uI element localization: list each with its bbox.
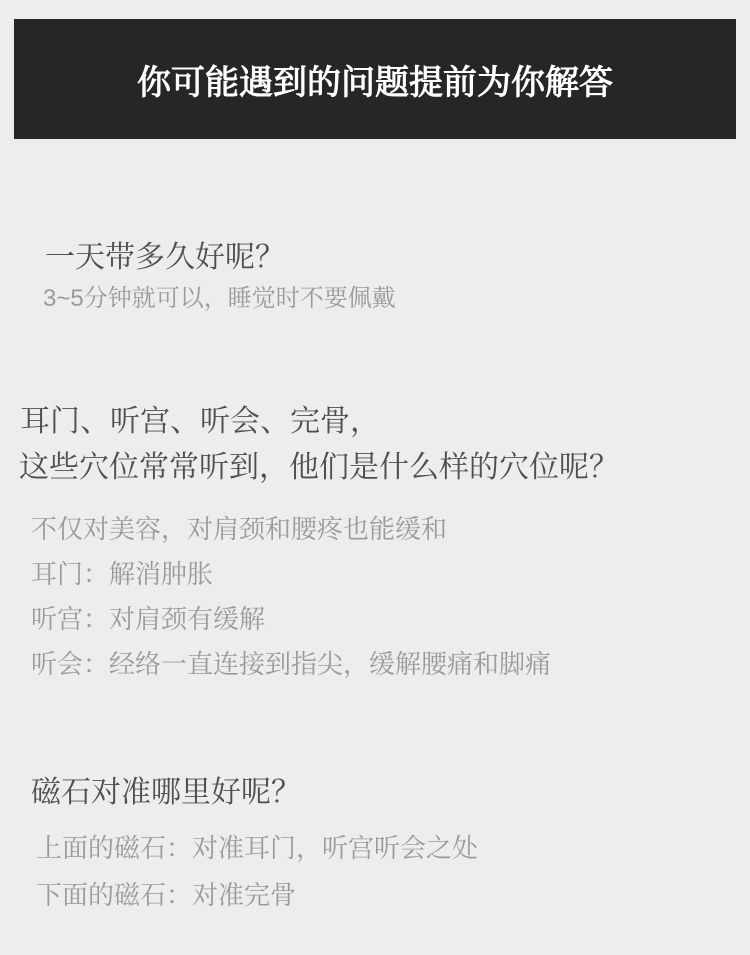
faq-question: 这些穴位常常听到，他们是什么样的穴位呢？	[19, 452, 619, 484]
faq-answer-line: 下面的磁石：对准完骨	[36, 882, 296, 910]
faq-question: 磁石对准哪里好呢？	[31, 777, 301, 809]
faq-answer-line: 听宫：对肩颈有缓解	[31, 606, 265, 634]
faq-question: 耳门、听宫、听会、完骨，	[20, 406, 380, 438]
faq-header-title: 你可能遇到的问题提前为你解答	[137, 55, 613, 104]
faq-question: 一天带多久好呢？	[45, 242, 285, 274]
faq-header-banner: 你可能遇到的问题提前为你解答	[14, 19, 736, 139]
faq-answer-line: 听会：经络一直连接到指尖，缓解腰痛和脚痛	[31, 651, 551, 679]
faq-answer-line: 3~5分钟就可以，睡觉时不要佩戴	[43, 286, 396, 311]
product-faq-page: { "page": { "background": "#ededed" }, "…	[0, 0, 750, 955]
faq-answer-line: 上面的磁石：对准耳门，听宫听会之处	[36, 835, 478, 863]
faq-answer-line: 不仅对美容，对肩颈和腰疼也能缓和	[31, 516, 447, 544]
faq-answer-line: 耳门：解消肿胀	[31, 561, 213, 589]
